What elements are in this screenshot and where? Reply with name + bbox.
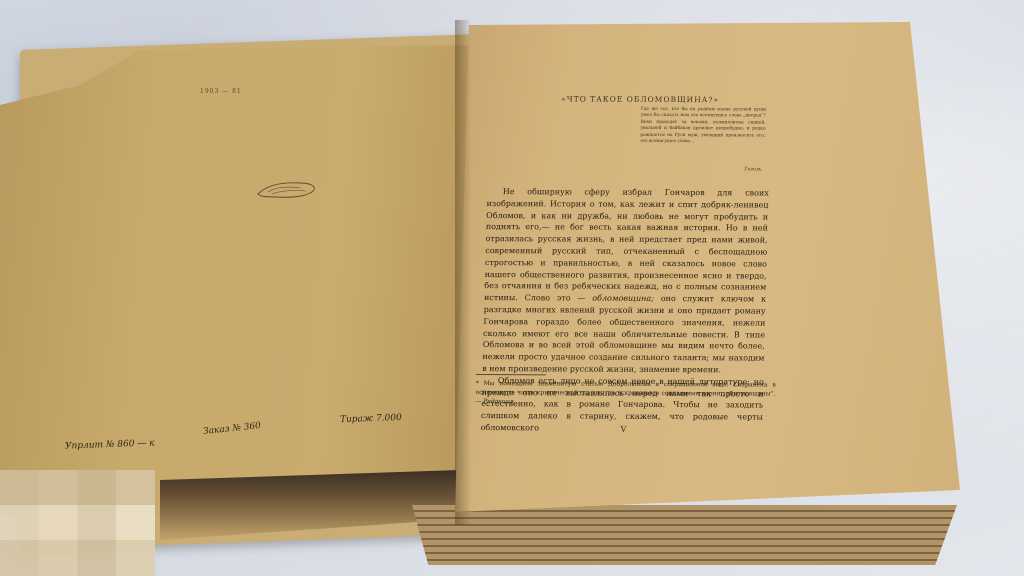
chapter-title: «ЧТО ТАКОЕ ОБЛОМОВЩИНА?» bbox=[561, 94, 719, 104]
paragraph-text: Не обширную сферу избрал Гончаров для св… bbox=[484, 187, 769, 303]
footnote-text: * Мы помещаем знаменитую статью Добролюб… bbox=[475, 380, 776, 405]
emphasis-oblomovshchina: обломовщина; bbox=[592, 294, 654, 303]
page-block-edges bbox=[412, 505, 957, 565]
pixelated-watermark bbox=[0, 470, 155, 576]
ornament-icon bbox=[254, 178, 320, 202]
paragraph-text: оно служит ключом к разгадке многих явле… bbox=[482, 294, 766, 374]
epigraph-author: Гоголь bbox=[744, 167, 761, 172]
imprint-top: 1903 — 81 bbox=[200, 88, 242, 95]
page-number: V bbox=[620, 425, 626, 434]
epigraph: Где же тот, кто бы на родном языке русск… bbox=[640, 107, 766, 146]
footnote-signature: Редакция. bbox=[483, 398, 516, 405]
footnote: * Мы помещаем знаменитую статью Добролюб… bbox=[475, 379, 776, 408]
book-gutter bbox=[455, 20, 471, 525]
paragraph: Не обширную сферу избрал Гончаров для св… bbox=[482, 186, 769, 376]
